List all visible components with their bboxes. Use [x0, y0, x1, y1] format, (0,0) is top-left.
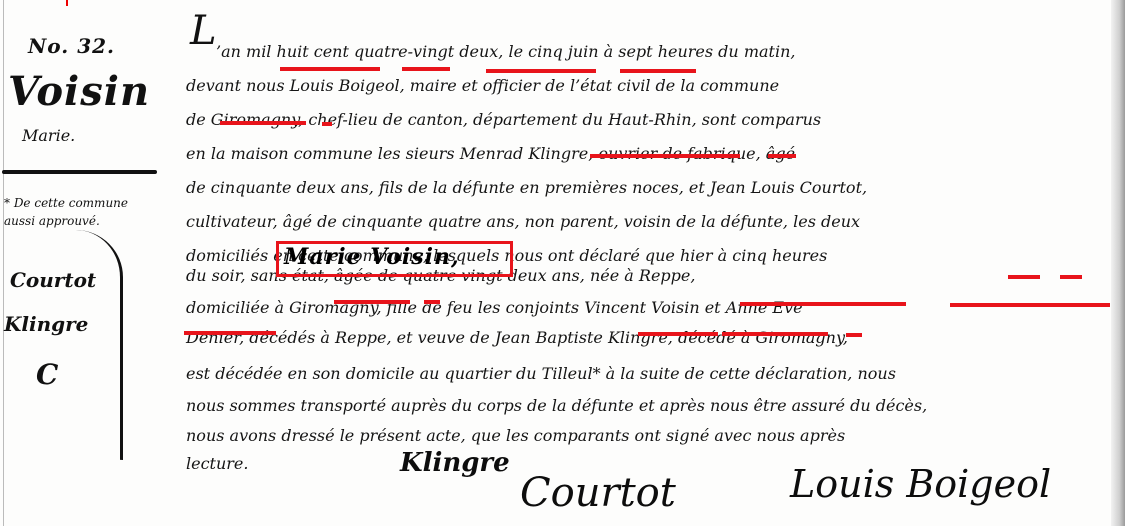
text-line: devant nous Louis Boigeol, maire et offi…: [186, 76, 779, 95]
underline-giromagny-2: [334, 300, 410, 304]
text-line: lecture.: [186, 454, 248, 473]
text-line: ’an mil huit cent quatre-vingt deux, le …: [216, 42, 795, 61]
margin-note-line: aussi approuvé.: [4, 212, 176, 230]
margin-column: No. 32. Voisin Marie. * De cette commune…: [0, 0, 180, 526]
text-line: cultivateur, âgé de cinquante quatre ans…: [186, 212, 860, 231]
text-line: de cinquante deux ans, fils de la défunt…: [186, 178, 867, 197]
underline-giromagny-1: [220, 121, 306, 125]
margin-signature-initial: C: [36, 358, 58, 391]
signature-klingre: Klingre: [400, 448, 510, 478]
underline-denier: [184, 331, 276, 335]
underline-klingre-suffix: [768, 154, 796, 158]
underline-reppe-b: [1060, 275, 1082, 279]
underline-quatre-vingt: [486, 69, 596, 73]
underline-vincent-voisin: [740, 302, 906, 306]
margin-signature-courtot: Courtot: [10, 268, 96, 292]
signature-courtot: Courtot: [520, 470, 676, 516]
text-line: domiciliée à Giromagny, fille de feu les…: [186, 298, 803, 317]
text-line: Denier, décédés à Reppe, et veuve de Jea…: [186, 328, 848, 347]
record-page: No. 32. Voisin Marie. * De cette commune…: [0, 0, 1125, 526]
underline-baptiste: [722, 332, 828, 336]
margin-note-line: * De cette commune: [4, 194, 176, 212]
underline-menrad-klingre: [590, 154, 740, 158]
act-number: No. 32.: [28, 34, 115, 58]
text-line: de Giromagny, chef-lieu de canton, dépar…: [186, 110, 821, 129]
text-line: nous avons dressé le présent acte, que l…: [186, 426, 845, 445]
margin-divider: [2, 170, 157, 174]
margin-note: * De cette commune aussi approuvé.: [4, 194, 176, 230]
underline-anne-eve: [950, 303, 1110, 307]
underline-jean: [638, 332, 718, 336]
text-line: est décédée en son domicile au quartier …: [186, 364, 896, 383]
margin-forename: Marie.: [22, 126, 75, 145]
underline-reppe: [1008, 275, 1040, 279]
margin-surname: Voisin: [8, 68, 150, 115]
margin-signature-klingre: Klingre: [4, 312, 88, 336]
underline-deux: [620, 69, 696, 73]
signature-mayor: Louis Boigeol: [790, 462, 1051, 506]
decorative-initial: L: [190, 8, 217, 54]
underline-mil-huit: [280, 67, 380, 71]
signature-flourish: [60, 230, 123, 460]
underline-klingre: [846, 333, 862, 337]
underline-giromagny-1b: [322, 122, 332, 126]
underline-giromagny-2b: [424, 300, 440, 304]
underline-cent: [402, 67, 450, 71]
text-line: nous sommes transporté auprès du corps d…: [186, 396, 927, 415]
deceased-name: Marie Voisin,: [284, 244, 460, 270]
page-binding-shadow: [1111, 0, 1125, 526]
